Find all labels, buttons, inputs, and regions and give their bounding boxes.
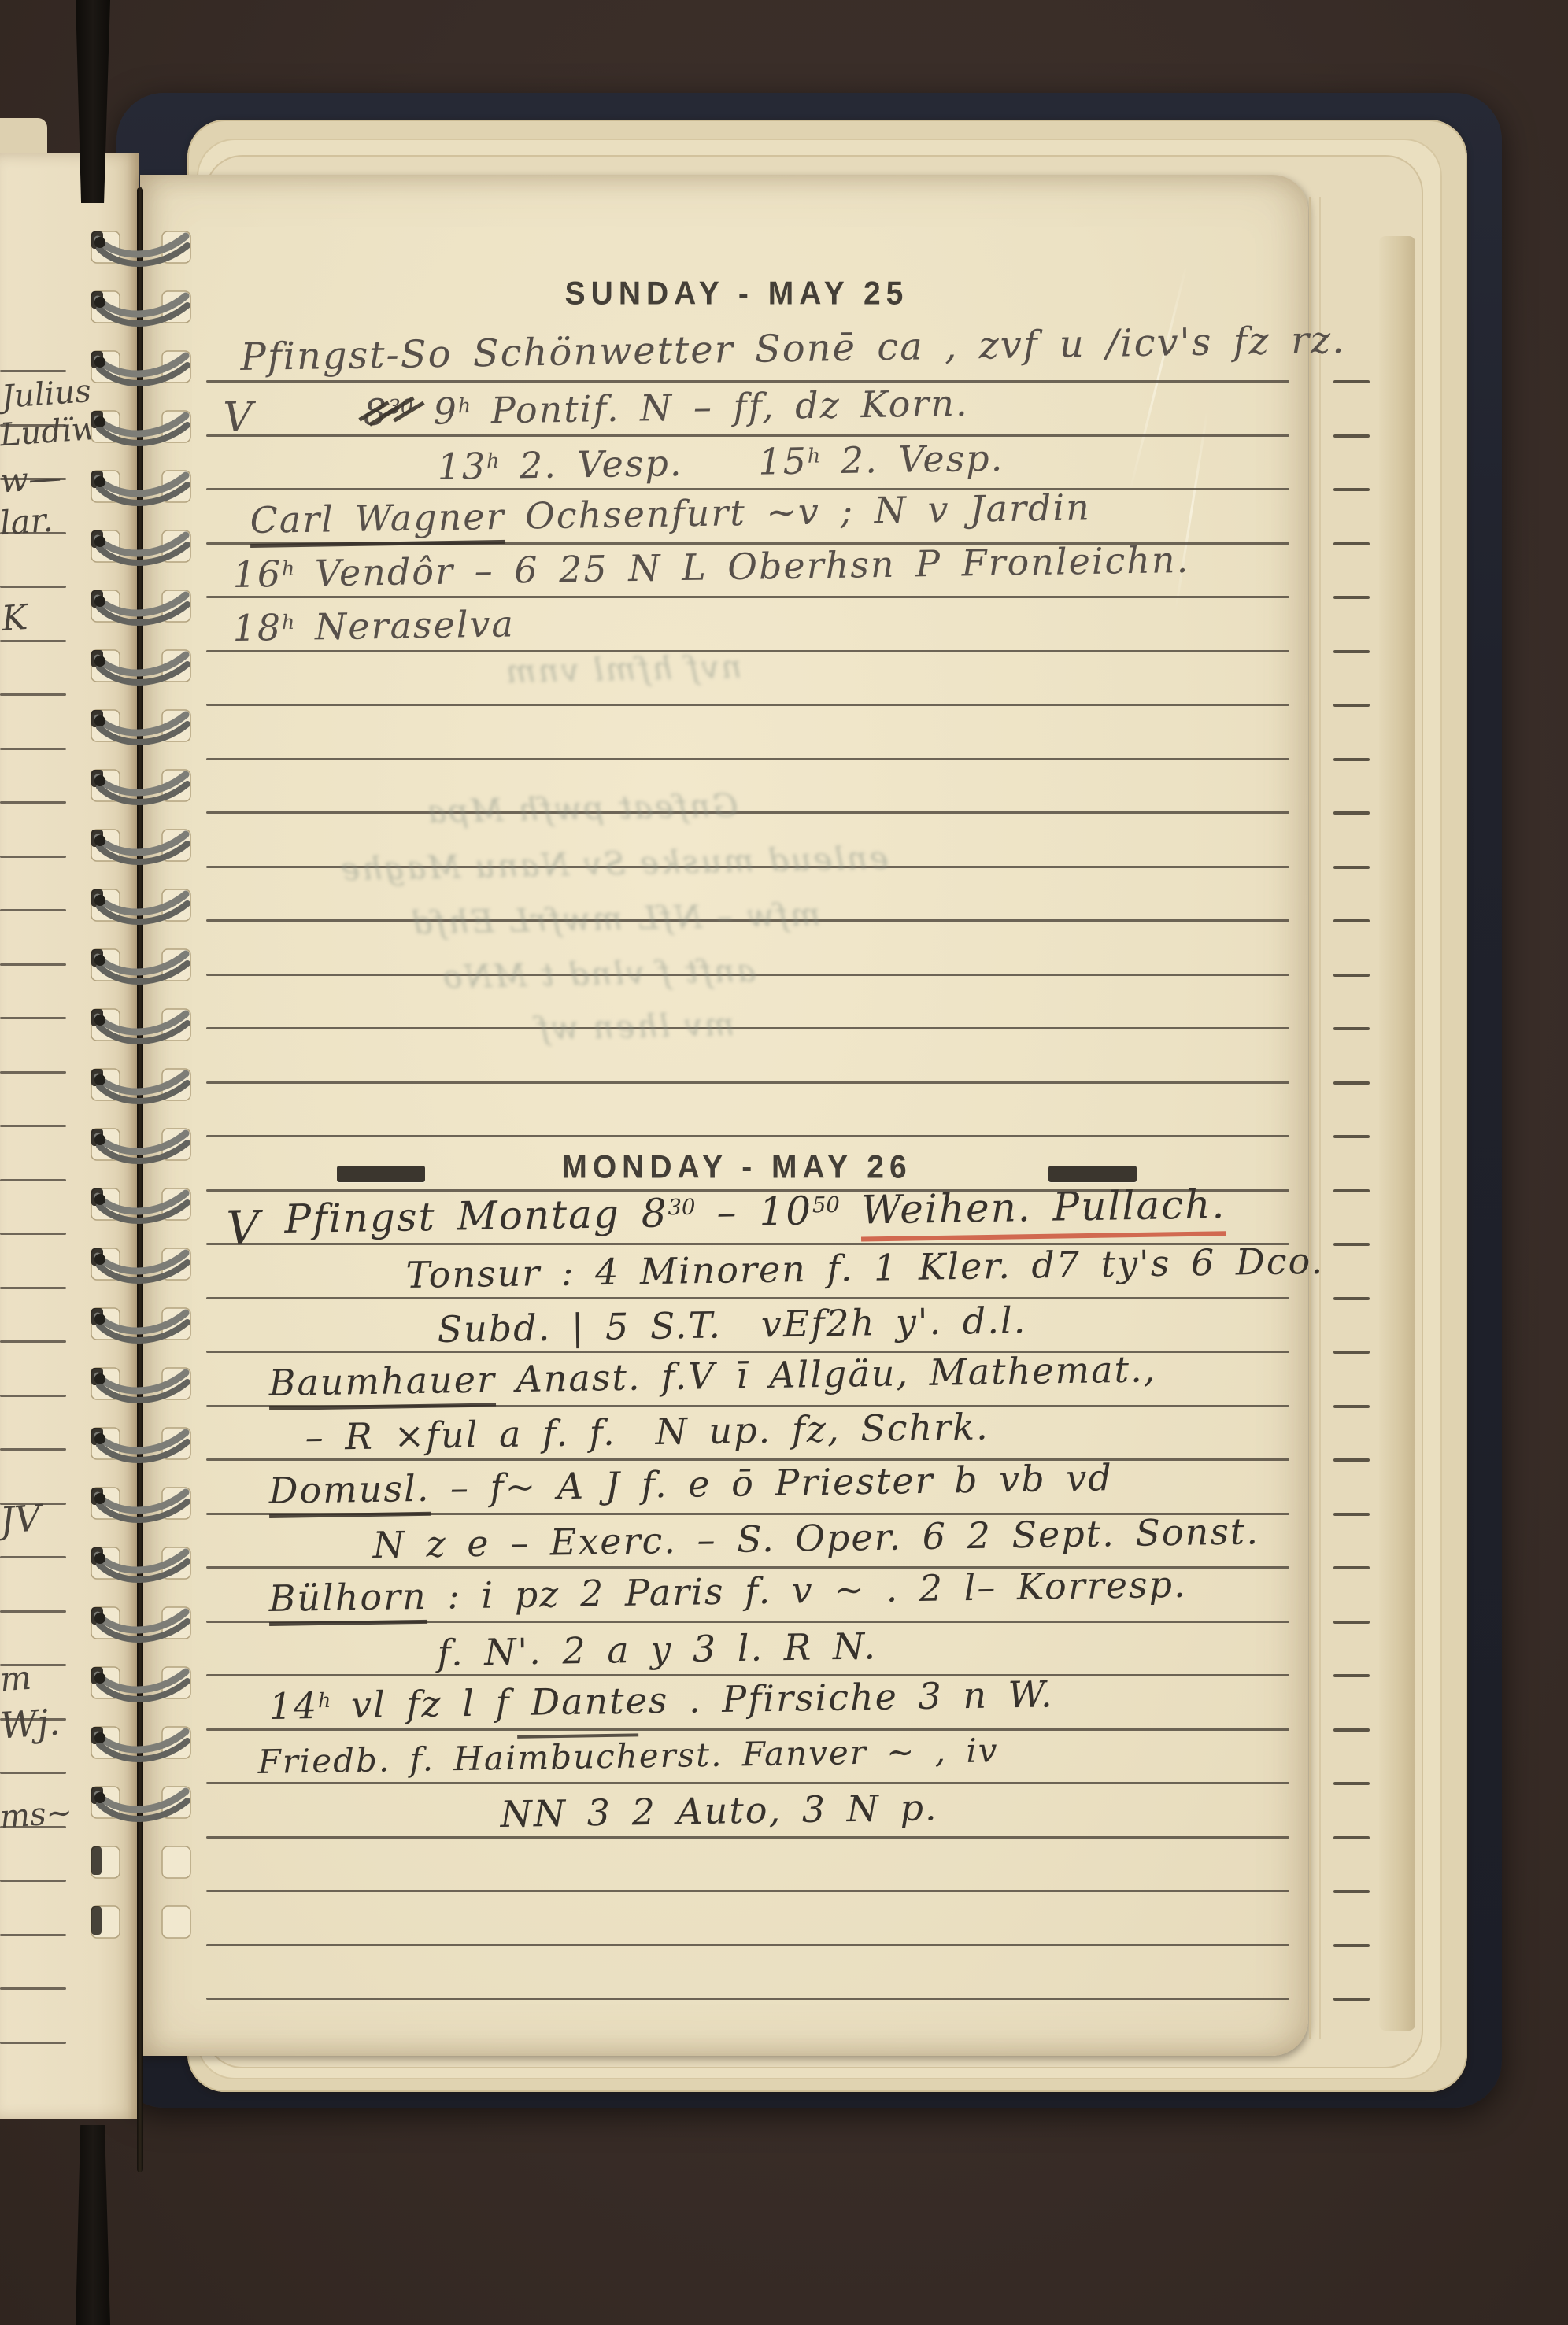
handwriting-segment: Neraselva bbox=[294, 602, 515, 648]
handwriting-segment: h bbox=[808, 444, 821, 467]
page-edge-tick bbox=[1333, 1944, 1370, 1947]
facing-ruled-line bbox=[0, 1395, 66, 1397]
handwriting-segment bbox=[682, 441, 759, 485]
handwriting-segment: V bbox=[223, 394, 255, 442]
page-edge-tick bbox=[1333, 1027, 1370, 1030]
facing-page-fragment: w— bbox=[0, 457, 63, 500]
facing-ruled-line bbox=[0, 1987, 66, 1990]
ink-bleed-through-line: anft f vlnd t MNo bbox=[441, 953, 756, 996]
page-edge-tick bbox=[1333, 542, 1370, 545]
handwriting-line: V bbox=[226, 1200, 261, 1255]
ink-bleed-through-line: mv lhen wf bbox=[535, 1007, 735, 1047]
handwriting-segment: h bbox=[282, 611, 295, 634]
handwriting-segment: h bbox=[458, 394, 472, 417]
ink-bleed-through-line: Gnfeat pwfh Mpa bbox=[425, 788, 738, 830]
page-edge-tick bbox=[1333, 1297, 1370, 1300]
page-edge-line bbox=[1309, 197, 1311, 2039]
facing-ruled-line bbox=[0, 1880, 66, 1882]
page-edge-tick bbox=[1333, 1566, 1370, 1569]
page-edge-tick bbox=[1333, 1836, 1370, 1839]
page-edge-tick bbox=[1333, 1674, 1370, 1677]
page-edge-tick bbox=[1333, 1621, 1370, 1624]
ruled-line bbox=[206, 380, 1289, 383]
handwriting-segment: Pontif. N – ff, dz Korn. bbox=[471, 382, 969, 432]
page-edge-tick bbox=[1333, 1351, 1370, 1354]
page-edge-tick bbox=[1333, 1998, 1370, 2001]
elastic-strap-bottom bbox=[76, 2125, 110, 2325]
handwriting-segment: – 10 bbox=[695, 1188, 812, 1235]
handwriting-segment: 2. Vesp. bbox=[499, 442, 683, 487]
handwriting-line: V bbox=[223, 394, 255, 442]
handwriting-segment: Weihen. Pullach. bbox=[860, 1181, 1226, 1241]
sunday-header: SUNDAY - MAY 25 bbox=[461, 276, 1012, 313]
ruled-line bbox=[206, 1027, 1289, 1029]
handwriting-segment: f. N'. 2 a y 3 l. R N. bbox=[437, 1625, 877, 1674]
handwriting-segment: 14 bbox=[268, 1684, 318, 1728]
facing-ruled-line bbox=[0, 801, 66, 804]
handwriting-segment: 16 bbox=[232, 553, 282, 596]
handwriting-segment: Friedb. f. Hai bbox=[257, 1739, 518, 1781]
handwriting-segment: Bülhorn bbox=[268, 1575, 427, 1626]
handwriting-segment: erst. Fanver ~ , iv bbox=[638, 1731, 999, 1775]
handwriting-segment: V bbox=[226, 1200, 261, 1255]
handwriting-segment: 13 bbox=[437, 445, 486, 488]
ruled-line bbox=[206, 650, 1289, 652]
spiral-binding bbox=[71, 205, 205, 2015]
facing-ruled-line bbox=[0, 693, 66, 696]
facing-ruled-line bbox=[0, 748, 66, 750]
ruled-line bbox=[206, 1782, 1289, 1784]
page-edge-tick bbox=[1333, 1081, 1370, 1085]
ruled-line bbox=[206, 1998, 1289, 2000]
handwriting-segment: mbuch bbox=[517, 1733, 639, 1776]
page-edge-tick bbox=[1333, 596, 1370, 599]
ruled-line bbox=[206, 434, 1289, 437]
handwriting-segment: Domusl. bbox=[268, 1467, 431, 1518]
facing-ruled-line bbox=[0, 1287, 66, 1289]
page-edge-tick bbox=[1333, 434, 1370, 438]
page-edge-tick bbox=[1333, 1405, 1370, 1408]
facing-page-fragment: K bbox=[0, 597, 28, 639]
ruled-line bbox=[206, 488, 1289, 490]
facing-ruled-line bbox=[0, 640, 66, 642]
ruled-line bbox=[206, 1297, 1289, 1299]
facing-ruled-line bbox=[0, 2042, 66, 2044]
ruled-line bbox=[206, 811, 1289, 814]
facing-ruled-line bbox=[0, 1934, 66, 1936]
handwriting-segment: 50 bbox=[812, 1192, 840, 1218]
handwriting-line: NN 3 2 Auto, 3 N p. bbox=[500, 1786, 938, 1835]
ruled-line bbox=[206, 1135, 1289, 1137]
page-edge-tick bbox=[1333, 1890, 1370, 1893]
ruled-line bbox=[206, 596, 1289, 598]
facing-page-fragment: m bbox=[0, 1658, 32, 1699]
handwriting-segment: 2. Vesp. bbox=[820, 437, 1004, 482]
facing-ruled-line bbox=[0, 1071, 66, 1074]
handwriting-line: 13h 2. Vesp. 15h 2. Vesp. bbox=[437, 437, 1004, 488]
facing-ruled-line bbox=[0, 370, 66, 372]
handwriting-segment: NN 3 2 Auto, 3 N p. bbox=[500, 1786, 938, 1835]
page-edge-tick bbox=[1333, 1135, 1370, 1138]
handwriting-segment: Pfingst Montag 8 bbox=[284, 1190, 668, 1242]
page-edge-tick bbox=[1333, 974, 1370, 977]
handwriting-segment bbox=[840, 1188, 862, 1233]
monday-header: MONDAY - MAY 26 bbox=[461, 1150, 1012, 1187]
facing-ruled-line bbox=[0, 909, 66, 911]
ruled-line bbox=[206, 1890, 1289, 1892]
facing-ruled-line bbox=[0, 1556, 66, 1558]
handwriting-segment: h bbox=[318, 1689, 331, 1712]
ruled-line bbox=[206, 758, 1289, 760]
facing-ruled-line bbox=[0, 586, 66, 588]
page-edge-tick bbox=[1333, 1513, 1370, 1516]
handwriting-line: f. N'. 2 a y 3 l. R N. bbox=[437, 1625, 877, 1674]
fore-edge bbox=[1379, 236, 1415, 2031]
ruled-line bbox=[206, 1458, 1289, 1461]
ink-bleed-through-line: nvf hfml vnm bbox=[504, 649, 742, 690]
facing-ruled-line bbox=[0, 1340, 66, 1343]
page-edge-tick bbox=[1333, 866, 1370, 869]
page-edge-tick bbox=[1333, 758, 1370, 761]
page-edge-line bbox=[1319, 197, 1321, 2039]
ruled-line bbox=[206, 1944, 1289, 1946]
facing-ruled-line bbox=[0, 1179, 66, 1181]
page-edge-tick bbox=[1333, 704, 1370, 707]
facing-ruled-line bbox=[0, 1233, 66, 1235]
page-edge-tick bbox=[1333, 919, 1370, 922]
page-edge-tick bbox=[1333, 811, 1370, 815]
facing-ruled-line bbox=[0, 1610, 66, 1613]
page-edge-tick bbox=[1333, 380, 1370, 383]
ruled-line bbox=[206, 704, 1289, 706]
page-edge-tick bbox=[1333, 650, 1370, 653]
handwriting-segment: h bbox=[486, 449, 500, 472]
header-bar-right bbox=[1048, 1166, 1137, 1182]
handwriting-line: 18h Neraselva bbox=[232, 602, 515, 649]
facing-page-fragment: Wj. bbox=[0, 1700, 61, 1747]
facing-ruled-line bbox=[0, 963, 66, 966]
facing-ruled-line bbox=[0, 856, 66, 858]
handwriting-segment: 30 bbox=[388, 395, 414, 419]
handwriting-segment: Baumhauer bbox=[268, 1358, 496, 1410]
header-bar-left bbox=[337, 1166, 425, 1182]
handwriting-segment: h bbox=[282, 557, 295, 580]
ruled-line bbox=[206, 1728, 1289, 1731]
facing-page-fragment: JV bbox=[0, 1496, 42, 1541]
page-edge-tick bbox=[1333, 488, 1370, 491]
page-edge-tick bbox=[1333, 1189, 1370, 1192]
facing-ruled-line bbox=[0, 1448, 66, 1451]
handwriting-segment: 9 bbox=[413, 390, 459, 433]
handwriting-segment: 30 bbox=[668, 1195, 695, 1221]
handwriting-segment: 18 bbox=[232, 606, 282, 649]
page-edge-tick bbox=[1333, 1458, 1370, 1462]
ruled-line bbox=[206, 1674, 1289, 1676]
page-edge-tick bbox=[1333, 1782, 1370, 1785]
facing-ruled-line bbox=[0, 1772, 66, 1774]
facing-ruled-line bbox=[0, 1017, 66, 1019]
ruled-line bbox=[206, 1836, 1289, 1839]
page-edge-tick bbox=[1333, 1243, 1370, 1246]
facing-page-fragment: lar. bbox=[0, 501, 54, 543]
handwriting-segment: Carl Wagner bbox=[250, 495, 505, 548]
facing-page-fragment: ms~ bbox=[0, 1795, 73, 1835]
ruled-line bbox=[206, 1081, 1289, 1084]
handwriting-segment: 15 bbox=[758, 440, 808, 483]
facing-ruled-line bbox=[0, 1125, 66, 1127]
notebook-photo: JuliusLudïww—lar.KJVmWj.ms~ nvf hfml vnm… bbox=[0, 0, 1568, 2325]
page-edge-tick bbox=[1333, 1728, 1370, 1732]
